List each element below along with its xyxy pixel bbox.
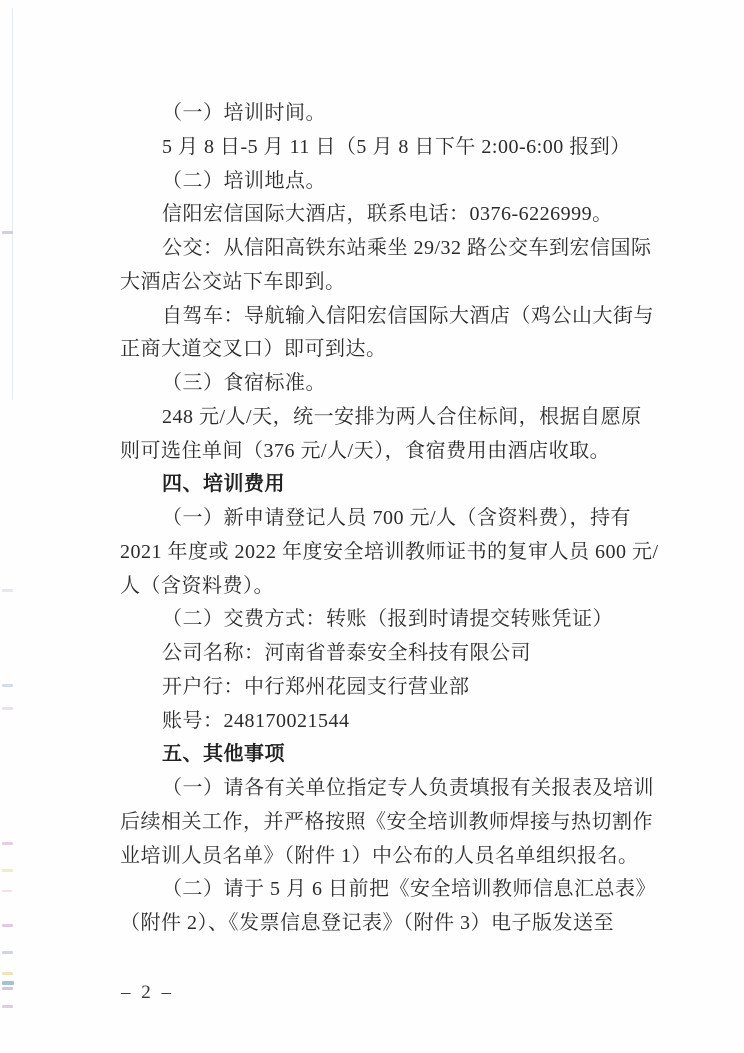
- scan-artifact: [2, 869, 13, 872]
- document-line: 后续相关工作，并严格按照《安全培训教师焊接与热切割作: [120, 806, 680, 840]
- scan-artifact: [2, 981, 14, 985]
- document-line: 自驾车：导航输入信阳宏信国际大酒店（鸡公山大街与: [120, 300, 680, 334]
- document-line: 信阳宏信国际大酒店，联系电话：0376-6226999。: [120, 198, 680, 232]
- document-line: （二）交费方式：转账（报到时请提交转账凭证）: [120, 603, 680, 637]
- document-line: 5 月 8 日-5 月 11 日（5 月 8 日下午 2:00-6:00 报到）: [120, 131, 680, 165]
- document-line: （三）食宿标准。: [120, 367, 680, 401]
- document-line: 业培训人员名单》（附件 1）中公布的人员名单组织报名。: [120, 840, 680, 874]
- document-line: 五、其他事项: [120, 738, 680, 772]
- document-line: （一）请各有关单位指定专人负责填报有关报表及培训: [120, 772, 680, 806]
- document-line: （附件 2）、《发票信息登记表》（附件 3）电子版发送至: [120, 907, 680, 941]
- document-line: 正商大道交叉口）即可到达。: [120, 333, 680, 367]
- document-line: （二）培训地点。: [120, 165, 680, 199]
- document-line: 则可选住单间（376 元/人/天），食宿费用由酒店收取。: [120, 435, 680, 469]
- document-line: 大酒店公交站下车即到。: [120, 266, 680, 300]
- scan-artifact: [12, 8, 13, 400]
- document-content: （一）培训时间。5 月 8 日-5 月 11 日（5 月 8 日下午 2:00-…: [120, 97, 680, 941]
- document-line: 公司名称：河南省普泰安全科技有限公司: [120, 637, 680, 671]
- scan-artifact: [2, 1005, 13, 1008]
- document-line: （二）请于 5 月 6 日前把《安全培训教师信息汇总表》: [120, 873, 680, 907]
- document-line: 开户行：中行郑州花园支行营业部: [120, 671, 680, 705]
- scan-artifact: [2, 890, 12, 892]
- scan-artifact: [2, 987, 13, 990]
- document-line: 2021 年度或 2022 年度安全培训教师证书的复审人员 600 元/: [120, 536, 680, 570]
- scan-artifact: [2, 684, 13, 687]
- document-line: （一）新申请登记人员 700 元/人（含资料费），持有: [120, 502, 680, 536]
- document-line: （一）培训时间。: [120, 97, 680, 131]
- scan-artifact: [2, 951, 13, 954]
- scan-artifact: [2, 842, 13, 845]
- document-line: 人（含资料费）。: [120, 570, 680, 604]
- scanned-document-page: （一）培训时间。5 月 8 日-5 月 11 日（5 月 8 日下午 2:00-…: [0, 0, 744, 1053]
- scan-artifact: [2, 589, 13, 592]
- document-lines: （一）培训时间。5 月 8 日-5 月 11 日（5 月 8 日下午 2:00-…: [120, 97, 680, 941]
- document-line: 四、培训费用: [120, 468, 680, 502]
- page-number: – 2 –: [121, 982, 174, 1004]
- scan-artifact: [2, 231, 13, 234]
- document-line: 账号：248170021544: [120, 705, 680, 739]
- document-line: 248 元/人/天，统一安排为两人合住标间，根据自愿原: [120, 401, 680, 435]
- scan-artifact: [2, 924, 13, 927]
- document-line: 公交：从信阳高铁东站乘坐 29/32 路公交车到宏信国际: [120, 232, 680, 266]
- scan-artifact: [2, 707, 13, 710]
- scan-artifact: [2, 972, 13, 975]
